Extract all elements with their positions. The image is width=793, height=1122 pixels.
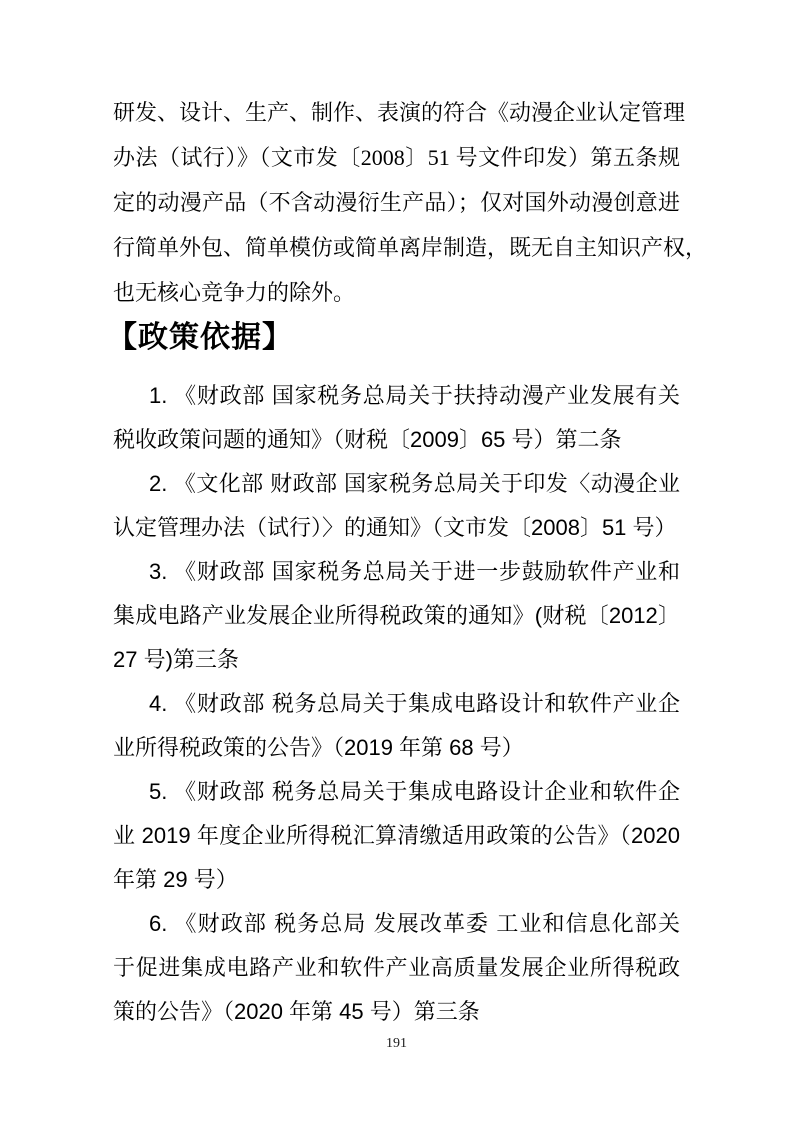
policy-item-5: 5. 《财政部 税务总局关于集成电路设计企业和软件企业 2019 年度企业所得税… xyxy=(113,770,680,902)
policy-item-1: 1. 《财政部 国家税务总局关于扶持动漫产业发展有关税收政策问题的通知》（财税〔… xyxy=(113,374,680,462)
section-heading: 【政策依据】 xyxy=(107,315,680,361)
text-line: 策的公告》（2020 年第 45 号）第三条 xyxy=(113,990,680,1034)
text-line: 年第 29 号） xyxy=(113,858,680,902)
text-line: 税收政策问题的通知》（财税〔2009〕65 号）第二条 xyxy=(113,418,680,462)
text-line: 1. 《财政部 国家税务总局关于扶持动漫产业发展有关 xyxy=(113,374,680,418)
text-line: 6. 《财政部 税务总局 发展改革委 工业和信息化部关 xyxy=(113,902,680,946)
text-line: 业所得税政策的公告》（2019 年第 68 号） xyxy=(113,726,680,770)
text-line: 办法（试行）》（文市发〔2008〕51 号文件印发）第五条规 xyxy=(113,135,680,180)
text-line: 研发、设计、生产、制作、表演的符合《动漫企业认定管理 xyxy=(113,90,680,135)
text-line: 业 2019 年度企业所得税汇算清缴适用政策的公告》（2020 xyxy=(113,814,680,858)
text-line: 认定管理办法（试行）〉的通知》（文市发〔2008〕51 号） xyxy=(113,506,680,550)
text-line: 27 号)第三条 xyxy=(113,638,680,682)
policy-item-4: 4. 《财政部 税务总局关于集成电路设计和软件产业企业所得税政策的公告》（201… xyxy=(113,682,680,770)
text-line: 4. 《财政部 税务总局关于集成电路设计和软件产业企 xyxy=(113,682,680,726)
document-page: 研发、设计、生产、制作、表演的符合《动漫企业认定管理办法（试行）》（文市发〔20… xyxy=(0,0,793,1122)
policy-item-6: 6. 《财政部 税务总局 发展改革委 工业和信息化部关于促进集成电路产业和软件产… xyxy=(113,902,680,1034)
body-paragraph: 研发、设计、生产、制作、表演的符合《动漫企业认定管理办法（试行）》（文市发〔20… xyxy=(113,90,680,315)
policy-reference-list: 1. 《财政部 国家税务总局关于扶持动漫产业发展有关税收政策问题的通知》（财税〔… xyxy=(113,374,680,1034)
page-number: 191 xyxy=(0,1036,793,1052)
text-line: 3. 《财政部 国家税务总局关于进一步鼓励软件产业和 xyxy=(113,550,680,594)
policy-item-2: 2. 《文化部 财政部 国家税务总局关于印发〈动漫企业认定管理办法（试行）〉的通… xyxy=(113,462,680,550)
text-line: 集成电路产业发展企业所得税政策的通知》(财税〔2012〕 xyxy=(113,594,680,638)
policy-item-3: 3. 《财政部 国家税务总局关于进一步鼓励软件产业和集成电路产业发展企业所得税政… xyxy=(113,550,680,682)
text-line: 也无核心竞争力的除外。 xyxy=(113,270,680,315)
text-line: 定的动漫产品（不含动漫衍生产品）；仅对国外动漫创意进 xyxy=(113,180,680,225)
text-line: 5. 《财政部 税务总局关于集成电路设计企业和软件企 xyxy=(113,770,680,814)
text-line: 2. 《文化部 财政部 国家税务总局关于印发〈动漫企业 xyxy=(113,462,680,506)
text-line: 行简单外包、简单模仿或简单离岸制造，既无自主知识产权， xyxy=(113,225,680,270)
text-line: 于促进集成电路产业和软件产业高质量发展企业所得税政 xyxy=(113,946,680,990)
